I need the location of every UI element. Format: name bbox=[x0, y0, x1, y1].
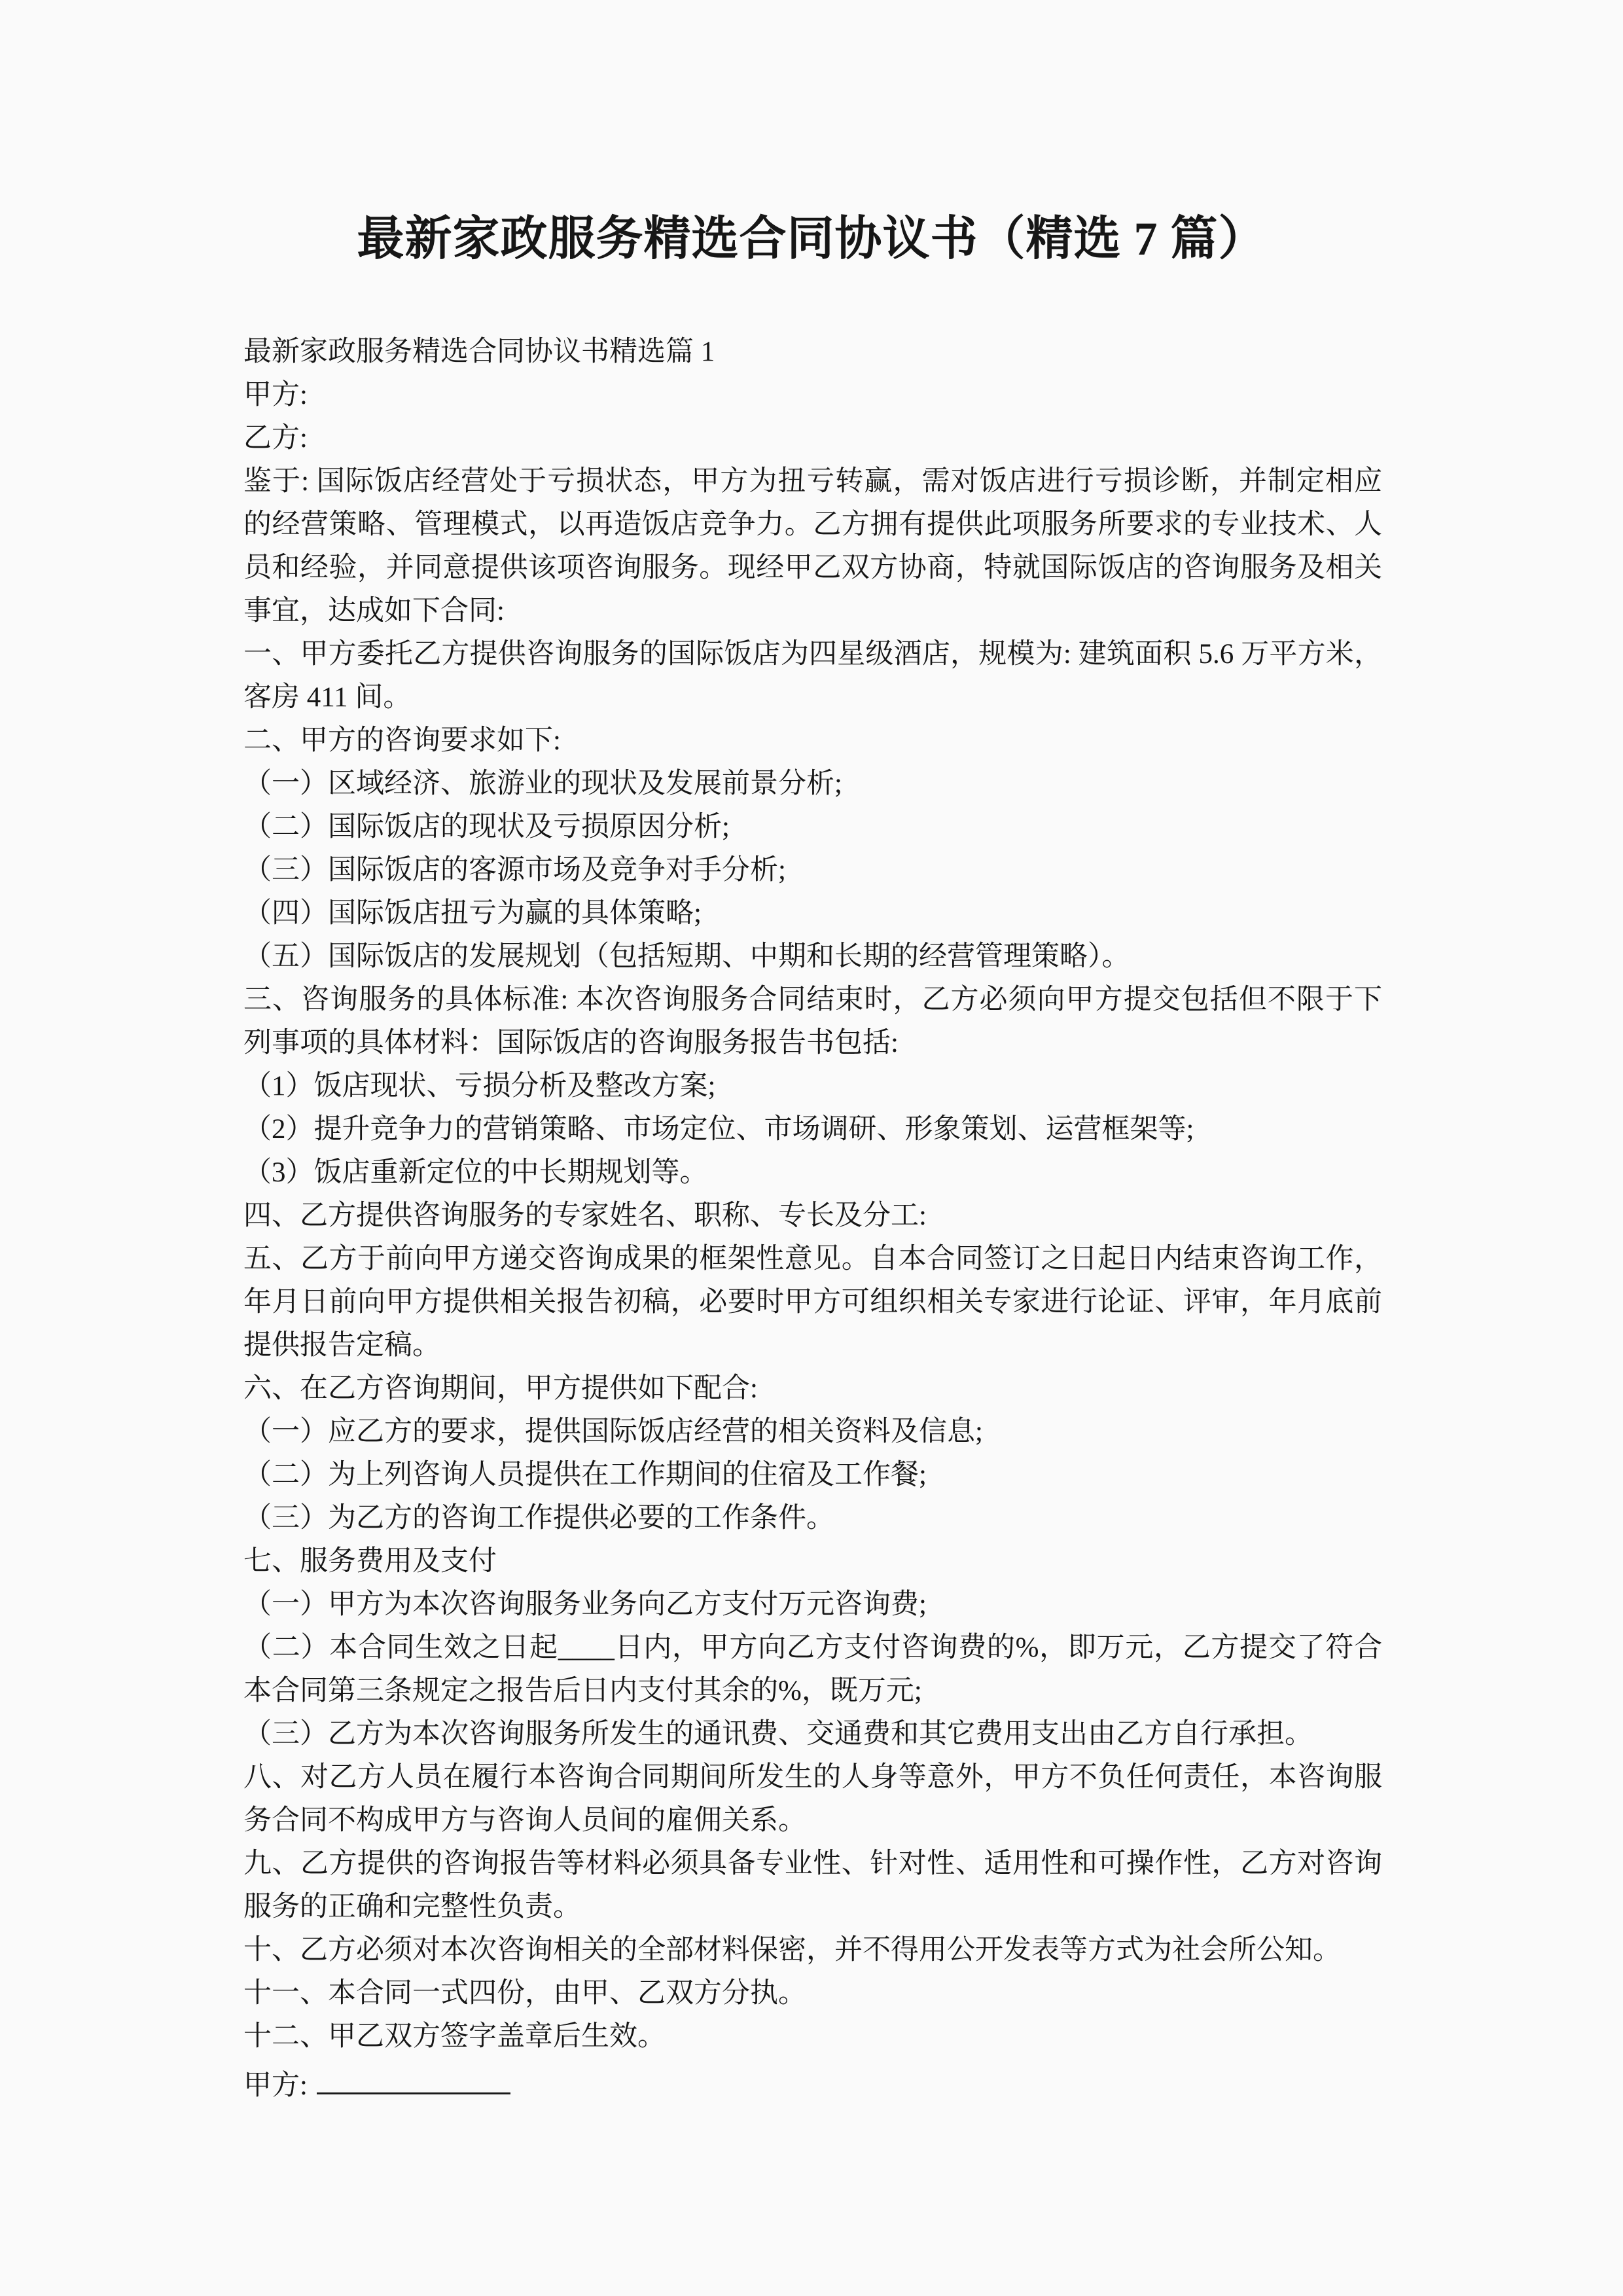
paragraph: 五、乙方于前向甲方递交咨询成果的框架性意见。自本合同签订之日起日内结束咨询工作，… bbox=[243, 1238, 1382, 1367]
paragraph: 甲方: bbox=[243, 374, 1382, 417]
paragraph: 二、甲方的咨询要求如下: bbox=[243, 719, 1382, 762]
paragraph: 最新家政服务精选合同协议书精选篇 1 bbox=[243, 331, 1382, 374]
paragraph: （五）国际饭店的发展规划（包括短期、中期和长期的经营管理策略）。 bbox=[243, 935, 1382, 978]
paragraph: 六、在乙方咨询期间，甲方提供如下配合: bbox=[243, 1367, 1382, 1410]
party-a-label: 甲方: bbox=[243, 2070, 308, 2101]
paragraph: （二）本合同生效之日起____日内，甲方向乙方支付咨询费的%，即万元，乙方提交了… bbox=[243, 1626, 1382, 1713]
paragraph: （三）为乙方的咨询工作提供必要的工作条件。 bbox=[243, 1497, 1382, 1540]
party-a-signature-blank: ______________ bbox=[317, 2058, 510, 2094]
paragraph: （1）饭店现状、亏损分析及整改方案; bbox=[243, 1065, 1382, 1108]
paragraph: （三）国际饭店的客源市场及竞争对手分析; bbox=[243, 849, 1382, 892]
paragraph: （一）甲方为本次咨询服务业务向乙方支付万元咨询费; bbox=[243, 1583, 1382, 1626]
paragraph: 一、甲方委托乙方提供咨询服务的国际饭店为四星级酒店，规模为: 建筑面积 5.6 … bbox=[243, 633, 1382, 719]
party-a-signature-line: 甲方:______________ bbox=[243, 2058, 1382, 2108]
paragraph: 七、服务费用及支付 bbox=[243, 1540, 1382, 1583]
paragraph: 九、乙方提供的咨询报告等材料必须具备专业性、针对性、适用性和可操作性，乙方对咨询… bbox=[243, 1842, 1382, 1929]
paragraph: 鉴于: 国际饭店经营处于亏损状态，甲方为扭亏转赢，需对饭店进行亏损诊断，并制定相… bbox=[243, 460, 1382, 633]
paragraph: （2）提升竞争力的营销策略、市场定位、市场调研、形象策划、运营框架等; bbox=[243, 1108, 1382, 1151]
paragraph: （二）国际饭店的现状及亏损原因分析; bbox=[243, 806, 1382, 849]
paragraph: 十、乙方必须对本次咨询相关的全部材料保密，并不得用公开发表等方式为社会所公知。 bbox=[243, 1929, 1382, 1972]
document-page: 最新家政服务精选合同协议书（精选 7 篇） 最新家政服务精选合同协议书精选篇 1… bbox=[0, 0, 1623, 2296]
paragraph: （三）乙方为本次咨询服务所发生的通讯费、交通费和其它费用支出由乙方自行承担。 bbox=[243, 1713, 1382, 1756]
document-title: 最新家政服务精选合同协议书（精选 7 篇） bbox=[0, 213, 1623, 265]
paragraph: （3）饭店重新定位的中长期规划等。 bbox=[243, 1151, 1382, 1194]
paragraph: 八、对乙方人员在履行本咨询合同期间所发生的人身等意外，甲方不负任何责任，本咨询服… bbox=[243, 1756, 1382, 1842]
paragraph: 乙方: bbox=[243, 417, 1382, 460]
paragraph: （二）为上列咨询人员提供在工作期间的住宿及工作餐; bbox=[243, 1454, 1382, 1497]
paragraph: （一）区域经济、旅游业的现状及发展前景分析; bbox=[243, 762, 1382, 806]
paragraph: 十一、本合同一式四份，由甲、乙双方分执。 bbox=[243, 1972, 1382, 2015]
paragraph: 三、咨询服务的具体标准: 本次咨询服务合同结束时，乙方必须向甲方提交包括但不限于… bbox=[243, 978, 1382, 1065]
paragraph: （一）应乙方的要求，提供国际饭店经营的相关资料及信息; bbox=[243, 1410, 1382, 1454]
document-body: 最新家政服务精选合同协议书精选篇 1甲方:乙方:鉴于: 国际饭店经营处于亏损状态… bbox=[243, 331, 1382, 2108]
paragraph: （四）国际饭店扭亏为赢的具体策略; bbox=[243, 892, 1382, 935]
paragraph: 十二、甲乙双方签字盖章后生效。 bbox=[243, 2015, 1382, 2058]
paragraph: 四、乙方提供咨询服务的专家姓名、职称、专长及分工: bbox=[243, 1194, 1382, 1238]
